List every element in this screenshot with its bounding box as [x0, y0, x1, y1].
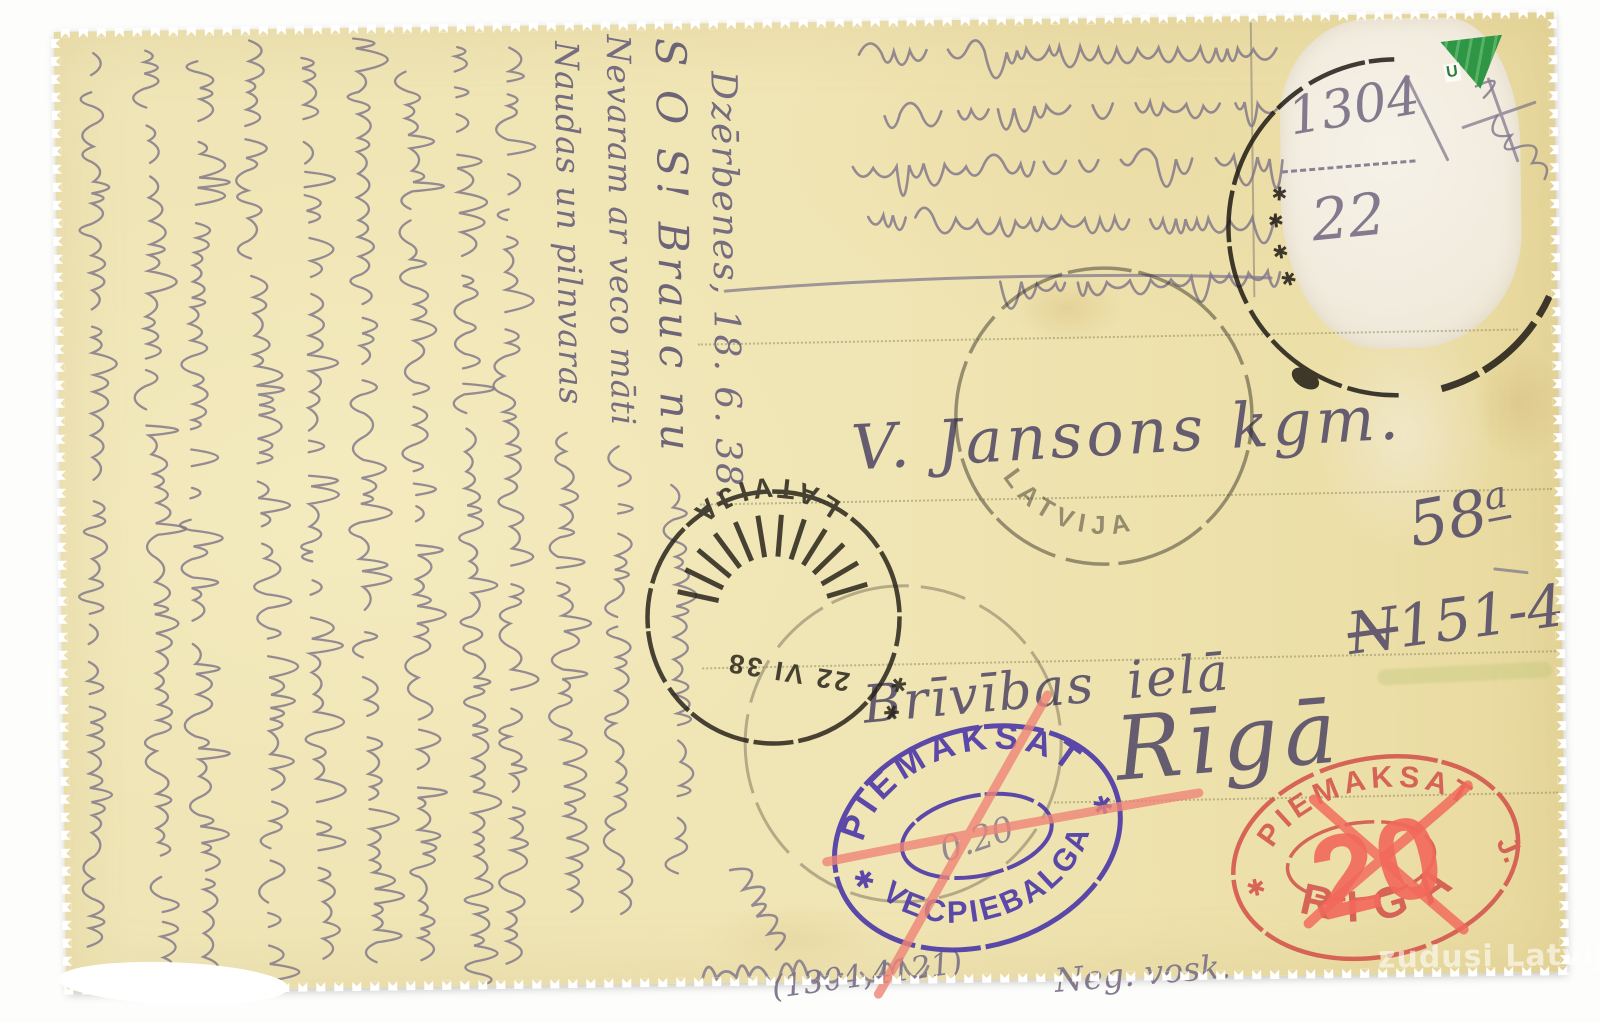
stamp-fragment-letter: U — [1443, 62, 1461, 82]
postmark-country-arc: LATVIJA — [988, 457, 1148, 559]
watermark: zudusi Latvija — [1378, 937, 1600, 975]
postmark-upper-right: ✱ ✱ ✱ ✱ — [1226, 57, 1550, 397]
postal-markings-overlay: LATVIJA ✱ ✱ ✱ ✱ — [54, 12, 1566, 992]
pencil-cross-scribble — [1463, 78, 1536, 161]
svg-text:✱: ✱ — [1271, 240, 1291, 265]
floor-note-underline — [1495, 569, 1527, 573]
postmark-arc-thick — [1440, 296, 1550, 388]
pencil-slash — [1406, 76, 1447, 161]
postmark-left: LATVIJA 22 VI 38 ✱ ✱ — [636, 462, 912, 754]
postmark-arc — [1226, 59, 1398, 397]
svg-text:✱: ✱ — [1271, 183, 1288, 206]
postcard-back: Dzērbenes, 18. 6. 38. S O S! Brauc nu Ne… — [54, 12, 1566, 992]
pencil-underline — [725, 273, 1271, 291]
postmark-stars: ✱ ✱ ✱ ✱ — [1267, 183, 1300, 293]
svg-text:✱: ✱ — [1267, 210, 1285, 233]
svg-text:LATVIJA: LATVIJA — [680, 465, 847, 535]
postmark-date: 22 VI 38 — [724, 647, 852, 697]
svg-text:✱: ✱ — [1278, 267, 1300, 293]
due-red-side-letter: J. — [1490, 831, 1530, 867]
postmark-country-arc: LATVIJA — [680, 465, 847, 535]
due-purple-star-left: ✱ — [850, 863, 879, 897]
due-red-star: ✱ — [1244, 874, 1268, 903]
svg-text:✱: ✱ — [879, 698, 905, 727]
scanned-postcard-image: Dzērbenes, 18. 6. 38. S O S! Brauc nu Ne… — [0, 0, 1600, 1022]
svg-text:LATVIJA: LATVIJA — [988, 457, 1148, 559]
svg-text:✱: ✱ — [887, 671, 911, 699]
